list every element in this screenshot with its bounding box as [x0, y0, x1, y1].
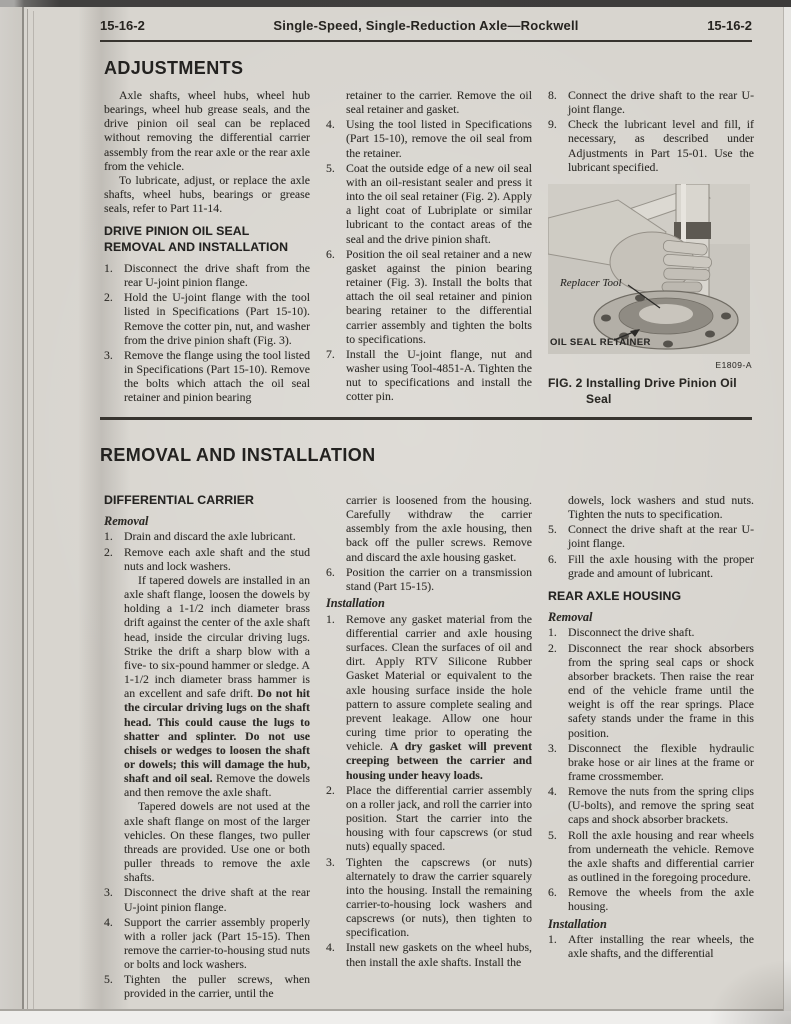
- adjustments-column-1: Axle shafts, wheel hubs, wheel hub beari…: [104, 88, 310, 414]
- list-item-text: Remove the flange using the tool listed …: [124, 348, 310, 405]
- list-item: 6.Position the oil seal retainer and a n…: [326, 247, 532, 346]
- list-item: 6.Fill the axle housing with the proper …: [548, 552, 754, 580]
- list-item: retainer to the carrier. Remove the oil …: [326, 88, 532, 116]
- list-item-number: 4.: [326, 117, 346, 159]
- page-edge-line: [22, 7, 24, 1014]
- list-item: 3.Tighten the capscrews (or nuts) altern…: [326, 855, 532, 940]
- list-item-number: 3.: [548, 741, 568, 783]
- list-item-text: Check the lubricant level and fill, if n…: [568, 117, 754, 174]
- list-item: 5.Coat the outside edge of a new oil sea…: [326, 161, 532, 246]
- list-item: 1.After installing the rear wheels, the …: [548, 932, 754, 960]
- adjustments-columns: Axle shafts, wheel hubs, wheel hub beari…: [104, 88, 754, 414]
- list-item-number: 3.: [326, 855, 346, 940]
- list-item: 3.Disconnect the drive shaft at the rear…: [104, 885, 310, 913]
- list-item-text: Position the carrier on a transmission s…: [346, 565, 532, 593]
- list-item-text: Hold the U-joint flange with the tool li…: [124, 290, 310, 347]
- list-item-number: 4.: [548, 784, 568, 826]
- list-item-text: Tighten the capscrews (or nuts) alternat…: [346, 855, 532, 940]
- list-item: 5.Connect the drive shaft at the rear U-…: [548, 522, 754, 550]
- list-item-text: retainer to the carrier. Remove the oil …: [346, 88, 532, 116]
- procedure-heading-installation: Installation: [548, 917, 754, 932]
- numbered-steps: 8.Connect the drive shaft to the rear U-…: [548, 88, 754, 174]
- list-item-number: 4.: [326, 940, 346, 968]
- list-item: 1.Disconnect the drive shaft.: [548, 625, 754, 639]
- list-item-number: 9.: [548, 117, 568, 174]
- list-item: 2.Remove each axle shaft and the stud nu…: [104, 545, 310, 885]
- section-title-adjustments: ADJUSTMENTS: [104, 58, 243, 79]
- list-item: 2.Place the differential carrier assembl…: [326, 783, 532, 854]
- section-title-removal-installation: REMOVAL AND INSTALLATION: [100, 445, 376, 466]
- running-header: 15-16-2 Single-Speed, Single-Reduction A…: [100, 18, 752, 33]
- list-item-number: 1.: [104, 529, 124, 543]
- list-item-number: [326, 493, 346, 564]
- numbered-steps: carrier is loosened from the housing. Ca…: [326, 493, 532, 593]
- list-item-number: 1.: [548, 625, 568, 639]
- list-item-number: 6.: [548, 885, 568, 913]
- list-item: 4.Using the tool listed in Specification…: [326, 117, 532, 159]
- list-item-text: Disconnect the drive shaft from the rear…: [124, 261, 310, 289]
- list-item-number: 2.: [548, 641, 568, 740]
- list-item-number: 5.: [548, 522, 568, 550]
- list-item-number: 5.: [326, 161, 346, 246]
- list-item: 7.Install the U-joint flange, nut and wa…: [326, 347, 532, 404]
- list-item-text: Disconnect the flexible hydraulic brake …: [568, 741, 754, 783]
- figure-label-oil-seal-retainer: OIL SEAL RETAINER: [550, 337, 651, 348]
- removal-column-2: carrier is loosened from the housing. Ca…: [326, 493, 532, 1005]
- list-item: 6.Remove the wheels from the axle housin…: [548, 885, 754, 913]
- list-item-number: [326, 88, 346, 116]
- list-item: 4.Support the carrier assembly properly …: [104, 915, 310, 972]
- removal-column-3: dowels, lock washers and stud nuts. Tigh…: [548, 493, 754, 1005]
- list-item: dowels, lock washers and stud nuts. Tigh…: [548, 493, 754, 521]
- list-item-number: 2.: [104, 545, 124, 885]
- list-item-text: Disconnect the drive shaft.: [568, 625, 754, 639]
- list-item-number: 8.: [548, 88, 568, 116]
- list-item: 5.Tighten the puller screws, when provid…: [104, 972, 310, 1000]
- list-item-number: 6.: [326, 565, 346, 593]
- list-item-text: Roll the axle housing and rear wheels fr…: [568, 828, 754, 885]
- intro-paragraph: To lubricate, adjust, or replace the axl…: [104, 173, 310, 215]
- header-rule: [100, 40, 752, 42]
- list-item: 3.Remove the flange using the tool liste…: [104, 348, 310, 405]
- list-item-text: Drain and discard the axle lubricant.: [124, 529, 310, 543]
- list-item: 5.Roll the axle housing and rear wheels …: [548, 828, 754, 885]
- list-item: 8.Connect the drive shaft to the rear U-…: [548, 88, 754, 116]
- list-item-number: 6.: [326, 247, 346, 346]
- list-item-text: Place the differential carrier assembly …: [346, 783, 532, 854]
- numbered-steps: retainer to the carrier. Remove the oil …: [326, 88, 532, 403]
- page-number-left: 15-16-2: [100, 18, 145, 33]
- list-item-number: 2.: [326, 783, 346, 854]
- list-item-text: Install the U-joint flange, nut and wash…: [346, 347, 532, 404]
- list-item-text: Support the carrier assembly properly wi…: [124, 915, 310, 972]
- list-item-text: Fill the axle housing with the proper gr…: [568, 552, 754, 580]
- numbered-steps: dowels, lock washers and stud nuts. Tigh…: [548, 493, 754, 580]
- list-item-text: carrier is loosened from the housing. Ca…: [346, 493, 532, 564]
- list-item-number: 3.: [104, 348, 124, 405]
- list-item-text: After installing the rear wheels, the ax…: [568, 932, 754, 960]
- numbered-steps: 1.After installing the rear wheels, the …: [548, 932, 754, 960]
- book-left-edge: [0, 7, 22, 1024]
- page-edge-line: [27, 9, 28, 1012]
- procedure-heading-removal: Removal: [548, 610, 754, 625]
- procedure-heading-removal: Removal: [104, 514, 310, 529]
- removal-column-1: DIFFERENTIAL CARRIER Removal 1.Drain and…: [104, 493, 310, 1005]
- list-item-text: Disconnect the drive shaft at the rear U…: [124, 885, 310, 913]
- list-item-number: 5.: [104, 972, 124, 1000]
- subsection-heading-differential-carrier: DIFFERENTIAL CARRIER: [104, 493, 310, 509]
- list-item-number: 2.: [104, 290, 124, 347]
- list-item: 4.Install new gaskets on the wheel hubs,…: [326, 940, 532, 968]
- list-item: 1.Drain and discard the axle lubricant.: [104, 529, 310, 543]
- list-item-text: Install new gaskets on the wheel hubs, t…: [346, 940, 532, 968]
- list-item: 3.Disconnect the flexible hydraulic brak…: [548, 741, 754, 783]
- list-item: 1.Remove any gasket material from the di…: [326, 612, 532, 782]
- list-item-text: Using the tool listed in Specifications …: [346, 117, 532, 159]
- list-item-number: 1.: [104, 261, 124, 289]
- list-item-number: 5.: [548, 828, 568, 885]
- list-item-text: Remove the nuts from the spring clips (U…: [568, 784, 754, 826]
- figure-photo-code: E1809-A: [548, 360, 754, 370]
- subsection-heading-drive-pinion: DRIVE PINION OIL SEAL REMOVAL AND INSTAL…: [104, 224, 310, 255]
- intro-paragraph: Axle shafts, wheel hubs, wheel hub beari…: [104, 88, 310, 173]
- adjustments-column-3: 8.Connect the drive shaft to the rear U-…: [548, 88, 754, 414]
- numbered-steps: 1.Disconnect the drive shaft from the re…: [104, 261, 310, 405]
- list-item-number: 3.: [104, 885, 124, 913]
- figure-2: Replacer Tool OIL SEAL RETAINER E1809-A …: [548, 184, 754, 408]
- numbered-steps: 1.Drain and discard the axle lubricant.2…: [104, 529, 310, 1000]
- page-right-edge: [783, 7, 791, 1011]
- list-item-text: Remove the wheels from the axle housing.: [568, 885, 754, 913]
- section-divider-rule: [100, 417, 752, 420]
- list-item-text: Tighten the puller screws, when provided…: [124, 972, 310, 1000]
- list-item-text: Disconnect the rear shock absorbers from…: [568, 641, 754, 740]
- list-item-number: 1.: [326, 612, 346, 782]
- list-item: 4.Remove the nuts from the spring clips …: [548, 784, 754, 826]
- figure-label-replacer-tool: Replacer Tool: [559, 277, 622, 289]
- list-item: 6.Position the carrier on a transmission…: [326, 565, 532, 593]
- list-item-text: Coat the outside edge of a new oil seal …: [346, 161, 532, 246]
- list-item: 2.Disconnect the rear shock absorbers fr…: [548, 641, 754, 740]
- list-item-number: [548, 493, 568, 521]
- list-item-text: dowels, lock washers and stud nuts. Tigh…: [568, 493, 754, 521]
- list-item-number: 6.: [548, 552, 568, 580]
- list-item-text: Connect the drive shaft to the rear U-jo…: [568, 88, 754, 116]
- page-bottom-edge: [0, 1009, 791, 1024]
- list-item-number: 1.: [548, 932, 568, 960]
- list-item: 9.Check the lubricant level and fill, if…: [548, 117, 754, 174]
- numbered-steps: 1.Disconnect the drive shaft.2.Disconnec…: [548, 625, 754, 913]
- list-item: 1.Disconnect the drive shaft from the re…: [104, 261, 310, 289]
- adjustments-column-2: retainer to the carrier. Remove the oil …: [326, 88, 532, 414]
- subsection-heading-rear-axle-housing: REAR AXLE HOUSING: [548, 589, 754, 605]
- figure-2-caption: FIG. 2 Installing Drive Pinion Oil Seal: [548, 375, 754, 407]
- numbered-steps: 1.Remove any gasket material from the di…: [326, 612, 532, 969]
- list-item: 2.Hold the U-joint flange with the tool …: [104, 290, 310, 347]
- page-number-right: 15-16-2: [707, 18, 752, 33]
- procedure-heading-installation: Installation: [326, 596, 532, 611]
- removal-installation-columns: DIFFERENTIAL CARRIER Removal 1.Drain and…: [104, 493, 754, 1005]
- list-item-text: Connect the drive shaft at the rear U-jo…: [568, 522, 754, 550]
- list-item-number: 7.: [326, 347, 346, 404]
- list-item-text: Position the oil seal retainer and a new…: [346, 247, 532, 346]
- list-item-number: 4.: [104, 915, 124, 972]
- list-item-text: Remove any gasket material from the diff…: [346, 612, 532, 782]
- chapter-title: Single-Speed, Single-Reduction Axle—Rock…: [145, 18, 707, 33]
- figure-2-photo: Replacer Tool OIL SEAL RETAINER: [548, 184, 750, 354]
- list-item: carrier is loosened from the housing. Ca…: [326, 493, 532, 564]
- page-edge-line: [33, 11, 34, 1010]
- list-item-text: Remove each axle shaft and the stud nuts…: [124, 545, 310, 885]
